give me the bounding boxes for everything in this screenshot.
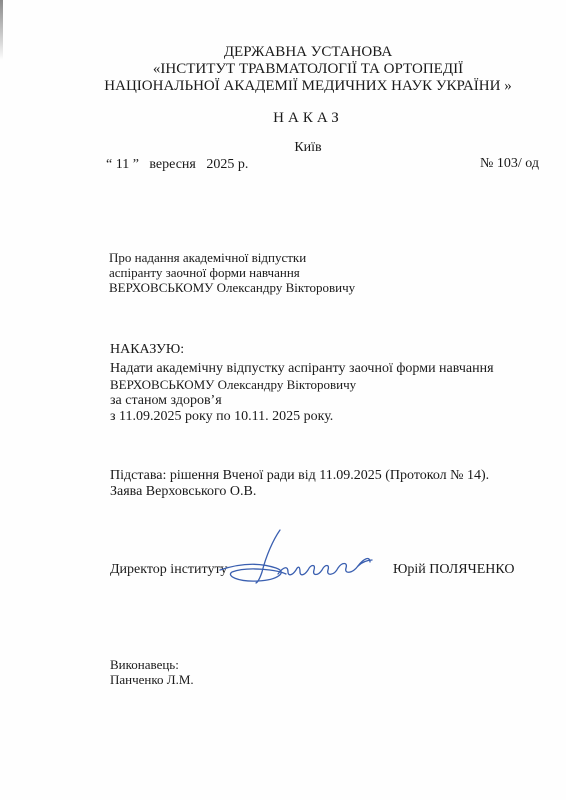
order-body-line: з 11.09.2025 року по 10.11. 2025 року. [110, 409, 494, 425]
order-date: “ 11 ” вересня 2025 р. [106, 157, 248, 173]
signatory-position: Директор інституту [110, 562, 227, 578]
institution-header-line-2: «ІНСТИТУТ ТРАВМАТОЛОГІЇ ТА ОРТОПЕДІЇ [0, 61, 566, 78]
basis-line: Заява Верховського О.В. [110, 484, 489, 500]
institution-header-line-1: ДЕРЖАВНА УСТАНОВА [0, 44, 566, 61]
order-body-line: Надати академічну відпустку аспіранту за… [110, 361, 494, 377]
city: Київ [0, 140, 566, 156]
subject-line: Про надання академічної відпустки [109, 250, 355, 265]
order-body: Надати академічну відпустку аспіранту за… [110, 361, 494, 425]
order-title: НАКАЗ [0, 110, 566, 127]
handwritten-signature-icon [218, 526, 388, 586]
subject-line: ВЕРХОВСЬКОМУ Олександру Вікторовичу [109, 280, 355, 295]
order-body-line: ВЕРХОВСЬКОМУ Олександру Вікторовичу [110, 377, 494, 393]
institution-header-line-3: НАЦІОНАЛЬНОЇ АКАДЕМІЇ МЕДИЧНИХ НАУК УКРА… [0, 78, 566, 95]
signatory-name: Юрій ПОЛЯЧЕНКО [393, 562, 515, 578]
order-basis: Підстава: рішення Вченої ради від 11.09.… [110, 468, 489, 500]
order-keyword: НАКАЗУЮ: [110, 342, 184, 358]
basis-line: Підстава: рішення Вченої ради від 11.09.… [110, 468, 489, 484]
document-page: ДЕРЖАВНА УСТАНОВА «ІНСТИТУТ ТРАВМАТОЛОГІ… [0, 0, 566, 800]
executor-name: Панченко Л.М. [110, 672, 194, 687]
order-number: № 103/ од [480, 156, 539, 172]
order-body-line: за станом здоров’я [110, 393, 494, 409]
subject-line: аспіранту заочної форми навчання [109, 265, 355, 280]
executor-label: Виконавець: [110, 657, 194, 672]
executor-block: Виконавець: Панченко Л.М. [110, 657, 194, 687]
order-subject: Про надання академічної відпустки аспіра… [109, 250, 355, 295]
